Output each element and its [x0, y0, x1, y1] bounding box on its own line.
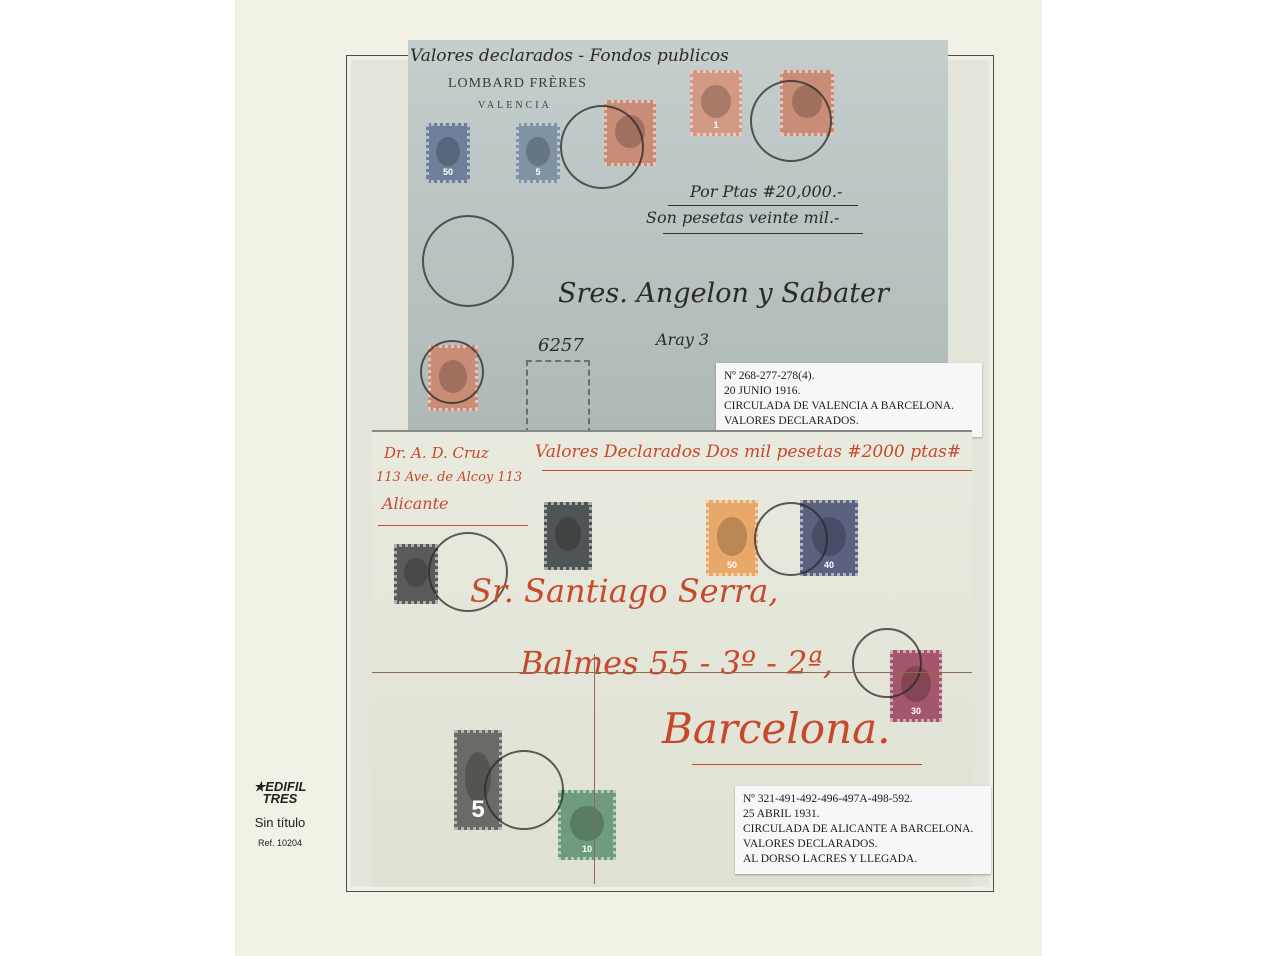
- edifil-logo: ★EDIFIL TRES: [244, 781, 316, 805]
- declared-value-figure: Por Ptas #20,000.-: [690, 182, 842, 201]
- destination-city: Barcelona.: [662, 704, 891, 753]
- postmark-cancel: [750, 80, 832, 162]
- sender-city: Alicante: [382, 494, 449, 513]
- label-back-note: AL DORSO LACRES Y LLEGADA.: [743, 852, 983, 867]
- underline: [692, 764, 922, 765]
- label-route: CIRCULADA DE VALENCIA A BARCELONA.: [724, 399, 974, 414]
- postmark-cancel: [852, 628, 922, 698]
- stamp: [544, 502, 592, 570]
- machine-cancel: [526, 360, 590, 434]
- page-reference: Ref. 10204: [244, 838, 316, 848]
- postmark-cancel: [560, 105, 644, 189]
- reference-number: 6257: [538, 335, 584, 356]
- printed-sender: LOMBARD FRÈRES: [448, 76, 587, 92]
- album-brand-block: ★EDIFIL TRES Sin título Ref. 10204: [244, 781, 316, 848]
- street-address: Balmes 55 - 3º - 2ª,: [520, 644, 833, 682]
- postmark-cancel: [422, 215, 514, 307]
- description-label-cover-2: Nº 321-491-492-496-497A-498-592. 25 ABRI…: [735, 786, 991, 874]
- underline: [378, 525, 528, 526]
- declared-value: Valores Declarados Dos mil pesetas #2000…: [535, 442, 961, 462]
- label-catalog-numbers: Nº 321-491-492-496-497A-498-592.: [743, 792, 983, 807]
- underline: [542, 470, 972, 471]
- stamp: 10: [558, 790, 616, 860]
- description-label-cover-1: Nº 268-277-278(4). 20 JUNIO 1916. CIRCUL…: [716, 363, 982, 437]
- postmark-cancel: [754, 502, 828, 576]
- stamp: 5: [516, 123, 560, 183]
- addressee: Sres. Angelon y Sabater: [558, 278, 889, 309]
- manuscript-header: Valores declarados - Fondos publicos: [410, 46, 729, 66]
- label-route: CIRCULADA DE ALICANTE A BARCELONA.: [743, 822, 983, 837]
- postmark-cancel: [420, 340, 484, 404]
- addressee: Sr. Santiago Serra,: [470, 572, 778, 610]
- underline: [668, 205, 858, 206]
- label-service: VALORES DECLARADOS.: [743, 837, 983, 852]
- printed-city: VALENCIA: [478, 100, 552, 111]
- label-catalog-numbers: Nº 268-277-278(4).: [724, 369, 974, 384]
- underline: [663, 233, 863, 234]
- label-date: 25 ABRIL 1931.: [743, 807, 983, 822]
- stamp: 1: [690, 70, 742, 136]
- declared-value-words: Son pesetas veinte mil.-: [646, 208, 839, 227]
- sender-address: 113 Ave. de Alcoy 113: [376, 470, 522, 485]
- postmark-cancel: [484, 750, 564, 830]
- page-title: Sin título: [244, 815, 316, 830]
- label-service: VALORES DECLARADOS.: [724, 414, 974, 429]
- sender-name: Dr. A. D. Cruz: [384, 444, 489, 462]
- stamp: 50: [706, 500, 758, 576]
- stamp: 50: [426, 123, 470, 183]
- label-date: 20 JUNIO 1916.: [724, 384, 974, 399]
- address-line: Aray 3: [656, 330, 709, 349]
- string-tie: [372, 672, 972, 673]
- string-tie: [594, 654, 595, 884]
